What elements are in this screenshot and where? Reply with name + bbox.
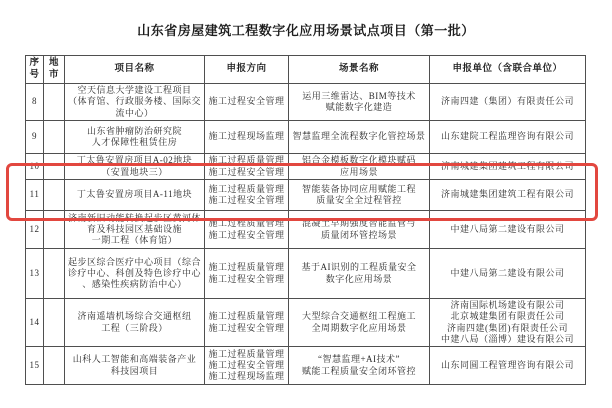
projects-table: 序号 地市 项目名称 申报方向 场景名称 申报单位（含联合单位） 8 空天信息大… (25, 55, 586, 385)
cell-unit: 中建八局第二建设有限公司 (430, 249, 586, 299)
cell-no: 11 (26, 180, 44, 211)
cell-project: 起步区综合医疗中心项目（综合 诊疗中心、科创及特色诊疗中心 、感染性疾病防治中心… (65, 249, 205, 299)
table-row: 13 起步区综合医疗中心项目（综合 诊疗中心、科创及特色诊疗中心 、感染性疾病防… (26, 249, 586, 299)
cell-city (44, 347, 65, 385)
header-project: 项目名称 (65, 56, 205, 84)
cell-scene: 铝合金模板数字化模块赋码 应用场景 (289, 154, 430, 180)
cell-project: 济南遥墙机场综合交通枢纽 工程（三阶段） (65, 299, 205, 347)
cell-direction: 施工过程质量管理 施工过程安全管理 (205, 299, 289, 347)
cell-unit: 山东同圆工程管理咨询有限公司 (430, 347, 586, 385)
cell-direction: 施工过程质量管理 施工过程安全管理 施工过程现场监理 (205, 347, 289, 385)
cell-city (44, 211, 65, 249)
cell-city (44, 121, 65, 154)
cell-direction: 施工过程质量管理 施工过程安全管理 (205, 154, 289, 180)
header-direction: 申报方向 (205, 56, 289, 84)
cell-scene: 智能装备协同应用赋能工程 质量安全全过程管控 (289, 180, 430, 211)
cell-scene: 基于AI识别的工程质量安全 数字化应用场景 (289, 249, 430, 299)
cell-city (44, 180, 65, 211)
header-no: 序号 (26, 56, 44, 84)
cell-direction: 施工过程安全管理 (205, 84, 289, 121)
cell-city (44, 154, 65, 180)
header-unit: 申报单位（含联合单位） (430, 56, 586, 84)
cell-scene: “智慧监理+AI技术” 赋能工程质量安全闭环管控 (289, 347, 430, 385)
cell-no: 14 (26, 299, 44, 347)
cell-no: 13 (26, 249, 44, 299)
page-title: 山东省房屋建筑工程数字化应用场景试点项目（第一批） (0, 20, 612, 39)
table-row: 8 空天信息大学建设工程项目 （体育馆、行政服务楼、国际交 流中心） 施工过程安… (26, 84, 586, 121)
cell-city (44, 299, 65, 347)
table-header-row: 序号 地市 项目名称 申报方向 场景名称 申报单位（含联合单位） (26, 56, 586, 84)
cell-city (44, 84, 65, 121)
cell-unit: 济南城建集团建筑工程有限公司 (430, 154, 586, 180)
header-city: 地市 (44, 56, 65, 84)
cell-no: 10 (26, 154, 44, 180)
cell-direction: 施工过程现场监理 (205, 121, 289, 154)
header-scene: 场景名称 (289, 56, 430, 84)
cell-no: 8 (26, 84, 44, 121)
table-row: 9 山东省肿瘤防治研究院 人才保障性租赁住房 施工过程现场监理 智慧监理全流程数… (26, 121, 586, 154)
cell-direction: 施工过程质量管理 施工过程安全管理 (205, 211, 289, 249)
cell-unit: 中建八局第二建设有限公司 (430, 211, 586, 249)
cell-city (44, 249, 65, 299)
cell-unit: 济南城建集团建筑工程有限公司 (430, 180, 586, 211)
cell-direction: 施工过程质量管理 施工过程安全管理 (205, 249, 289, 299)
cell-unit: 济南四建（集团）有限责任公司 (430, 84, 586, 121)
table-row-highlighted: 11 丁太鲁安置房项目A-11地块 施工过程质量管理 施工过程安全管理 智能装备… (26, 180, 586, 211)
cell-project: 山东省肿瘤防治研究院 人才保障性租赁住房 (65, 121, 205, 154)
cell-no: 15 (26, 347, 44, 385)
cell-project: 丁太鲁安置房项目A-11地块 (65, 180, 205, 211)
cell-scene: 运用三维雷达、BIM等技术 赋能数字化建造 (289, 84, 430, 121)
cell-project: 丁太鲁安置房项目A-02地块 （安置地块三） (65, 154, 205, 180)
cell-project: 空天信息大学建设工程项目 （体育馆、行政服务楼、国际交 流中心） (65, 84, 205, 121)
table-row: 10 丁太鲁安置房项目A-02地块 （安置地块三） 施工过程质量管理 施工过程安… (26, 154, 586, 180)
cell-no: 9 (26, 121, 44, 154)
cell-no: 12 (26, 211, 44, 249)
table-row: 14 济南遥墙机场综合交通枢纽 工程（三阶段） 施工过程质量管理 施工过程安全管… (26, 299, 586, 347)
cell-scene: 智慧监理全流程数字化管控场景 (289, 121, 430, 154)
cell-unit: 济南国际机场建设有限公司 北京城建集团有限责任公司 济南四建(集团)有限责任公司… (430, 299, 586, 347)
cell-scene: 大型综合交通枢纽工程施工 全周期数字化应用场景 (289, 299, 430, 347)
document-page: 山东省房屋建筑工程数字化应用场景试点项目（第一批） 序号 地市 项目名称 申报方… (0, 0, 612, 408)
cell-scene: 混凝土早期强度智能监管与 质量闭环管控场景 (289, 211, 430, 249)
table-row: 15 山科人工智能和高端装备产业 科技园项目 施工过程质量管理 施工过程安全管理… (26, 347, 586, 385)
cell-unit: 山东建院工程监理咨询有限公司 (430, 121, 586, 154)
cell-project: 济南新旧动能转换起步区黄河体 育及科技园区基础设施 一期工程（体育馆） (65, 211, 205, 249)
cell-direction: 施工过程质量管理 施工过程安全管理 (205, 180, 289, 211)
table-row: 12 济南新旧动能转换起步区黄河体 育及科技园区基础设施 一期工程（体育馆） 施… (26, 211, 586, 249)
cell-project: 山科人工智能和高端装备产业 科技园项目 (65, 347, 205, 385)
